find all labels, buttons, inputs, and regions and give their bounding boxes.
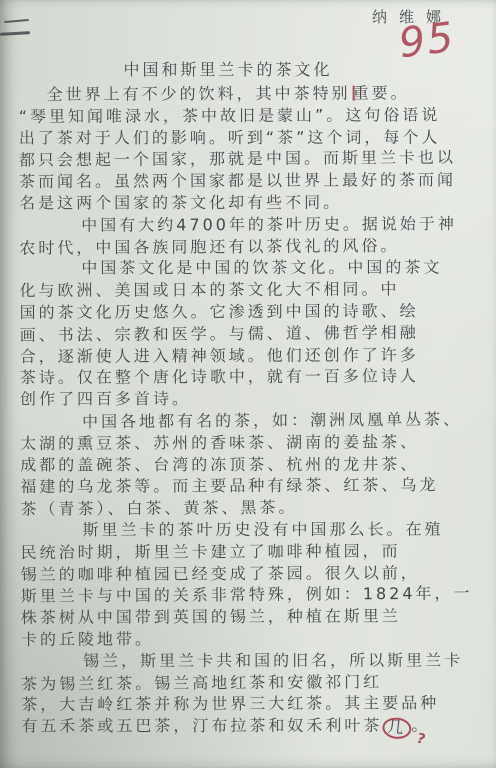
essay-text: 太湖的熏豆茶、苏州的香味茶、湖南的姜盐茶、 (20, 432, 419, 453)
essay-line: 国的茶文化历史悠久。它渗透到中国的诗歌、绘 (20, 300, 494, 324)
essay-text: 茶，大吉岭红茶并称为世界三大红茶。其主要品种 (21, 694, 439, 715)
essay-line: 茶而闻名。虽然两个国家都是以世界上最好的茶而闻 (19, 169, 493, 193)
essay-line: 出了茶对于人们的影响。听到“茶”这个词，每个人 (19, 126, 493, 149)
essay-text: 重要。 (353, 83, 410, 102)
essay-text: 茶诗。仅在整个唐化诗歌中，就有一百多位诗人 (20, 367, 419, 388)
essay-text: 农时代，中国各族同胞还有以茶伐礼的风俗。 (19, 236, 399, 258)
essay-text: 民统治时期，斯里兰卡建立了咖啡种植园，而 (21, 541, 401, 562)
essay-line: 农时代，中国各族同胞还有以茶伐礼的风俗。 (19, 234, 493, 259)
pencil-mark-top-left-1 (4, 19, 29, 23)
essay-line: 福建的乌龙茶等。而主要品种有绿茶、红茶、乌龙 (20, 474, 494, 498)
essay-line: 名是这两个国家的茶文化却有些不同。 (19, 192, 493, 215)
essay-text: 茶为锡兰红茶。锡兰高地红茶和安徽祁门红 (21, 672, 382, 694)
essay-line: 茶（青茶）、白茶、黄茶、黑茶。 (20, 495, 494, 520)
essay-line: 化与欧洲、美国或日本的茶文化大不相同。中 (19, 278, 493, 302)
essay-line: 中国各地都有名的茶，如：潮洲凤凰单丛茶、 (20, 408, 494, 433)
essay-line: 茶为锡兰红茶。锡兰高地红茶和安徽祁门红 (21, 670, 495, 695)
essay-line: 成都的盖碗茶、台湾的冻顶茶、杭州的龙井茶、 (20, 453, 494, 476)
essay-text: 名是这两个国家的茶文化却有些不同。 (19, 193, 342, 213)
essay-line: 民统治时期，斯里兰卡建立了咖啡种植园，而 (21, 540, 495, 564)
essay-text: 斯里兰卡的茶叶历史没有中国那么长。在殖 (83, 520, 444, 540)
essay-text: 中国茶文化是中国的饮茶文化。中国的茶文 (81, 258, 442, 278)
essay-line: 全世界上有不少的饮料，其中茶特别重要。 (19, 82, 493, 106)
essay-line: 画、书法、宗教和医学。与儒、道、佛哲学相融 (20, 321, 494, 346)
essay-text: 茶而闻名。虽然两个国家都是以世界上最好的茶而闻 (19, 170, 456, 191)
essay-text: 株茶树从中国带到英国的锡兰，种植在斯里兰 (21, 606, 401, 627)
essay-text: 斯里兰卡与中国的关系非常特殊，例如：1824年，一 (21, 584, 473, 606)
essay-text: 全世界上有不少的饮料，其中茶特别 (47, 84, 351, 104)
essay-text: 锡兰，斯里兰卡共和国的旧名，所以斯里兰卡 (83, 650, 463, 670)
essay-text: 卡的丘陵地带。 (21, 629, 154, 649)
essay-line: 太湖的熏豆茶、苏州的香味茶、湖南的姜盐茶、 (20, 431, 494, 455)
essay-text: 有五禾茶或五巴茶，汀布拉茶和奴禾利叶茶 (21, 716, 382, 736)
essay-title: 中国和斯里兰卡的茶文化 (0, 57, 476, 80)
essay-text: 茶（青茶）、白茶、黄茶、黑茶。 (20, 498, 297, 519)
essay-line: 株茶树从中国带到英国的锡兰，种植在斯里兰 (21, 605, 495, 629)
essay-text: 合，逐渐使人进入精神领域。他们还创作了许多 (20, 345, 419, 366)
essay-line: 锡兰，斯里兰卡共和国的旧名，所以斯里兰卡 (21, 649, 495, 672)
pencil-mark-top-left-2 (0, 31, 30, 36)
essay-line: 中国茶文化是中国的饮茶文化。中国的茶文 (19, 257, 493, 280)
essay-line: 中国有大约4700年的茶叶历史。据说始于神 (19, 213, 493, 237)
essay-line: 合，逐渐使人进入精神领域。他们还创作了许多 (20, 344, 494, 368)
essay-line: 卡的丘陵地带。 (21, 627, 495, 651)
notebook-page: 纳维娜 95 中国和斯里兰卡的茶文化 全世界上有不少的饮料，其中茶特别重要。“琴… (0, 0, 496, 768)
essay-text: 福建的乌龙茶等。而主要品种有绿茶、红茶、乌龙 (20, 476, 438, 497)
essay-line: “琴里知闻唯渌水，茶中故旧是蒙山”。这句俗语说 (19, 104, 493, 128)
essay-line: 斯里兰卡的茶叶历史没有中国那么长。在殖 (21, 519, 495, 542)
essay-line: 茶，大吉岭红茶并称为世界三大红茶。其主要品种 (21, 692, 495, 716)
essay-text: 中国有大约4700年的茶叶历史。据说始于神 (81, 214, 457, 235)
essay-line: 锡兰的咖啡种植园已经变成了茶园。很久以前， (21, 561, 495, 585)
essay-text: 中国各地都有名的茶，如：潮洲凤凰单丛茶、 (82, 410, 462, 432)
essay-line: 斯里兰卡与中国的关系非常特殊，例如：1824年，一 (21, 583, 495, 608)
red-circled-char: 几 (381, 716, 412, 740)
essay-text: 化与欧洲、美国或日本的茶文化大不相同。中 (19, 280, 399, 301)
essay-line: 创作了四百多首诗。 (20, 388, 494, 411)
essay-text: “琴里知闻唯渌水，茶中故旧是蒙山”。这句俗语说 (19, 105, 441, 126)
essay-body: 全世界上有不少的饮料，其中茶特别重要。“琴里知闻唯渌水，茶中故旧是蒙山”。这句俗… (19, 82, 496, 738)
essay-line: 都只会想起一个国家，那就是中国。而斯里兰卡也以 (19, 147, 493, 172)
essay-line: 有五禾茶或五巴茶，汀布拉茶和奴禾利叶茶几。? (21, 715, 495, 738)
essay-text: 锡兰的咖啡种植园已经变成了茶园。很久以前， (21, 563, 420, 584)
essay-text: 成都的盖碗茶、台湾的冻顶茶、杭州的龙井茶、 (20, 454, 419, 474)
essay-text: 都只会想起一个国家，那就是中国。而斯里兰卡也以 (19, 148, 456, 170)
essay-text: 国的茶文化历史悠久。它渗透到中国的诗歌、绘 (20, 301, 419, 322)
essay-text: 创作了四百多首诗。 (20, 389, 191, 408)
essay-text: 出了茶对于人们的影响。听到“茶”这个词，每个人 (19, 127, 441, 147)
essay-text: 画、书法、宗教和医学。与儒、道、佛哲学相融 (20, 323, 419, 345)
essay-line: 茶诗。仅在整个唐化诗歌中，就有一百多位诗人 (20, 365, 494, 389)
